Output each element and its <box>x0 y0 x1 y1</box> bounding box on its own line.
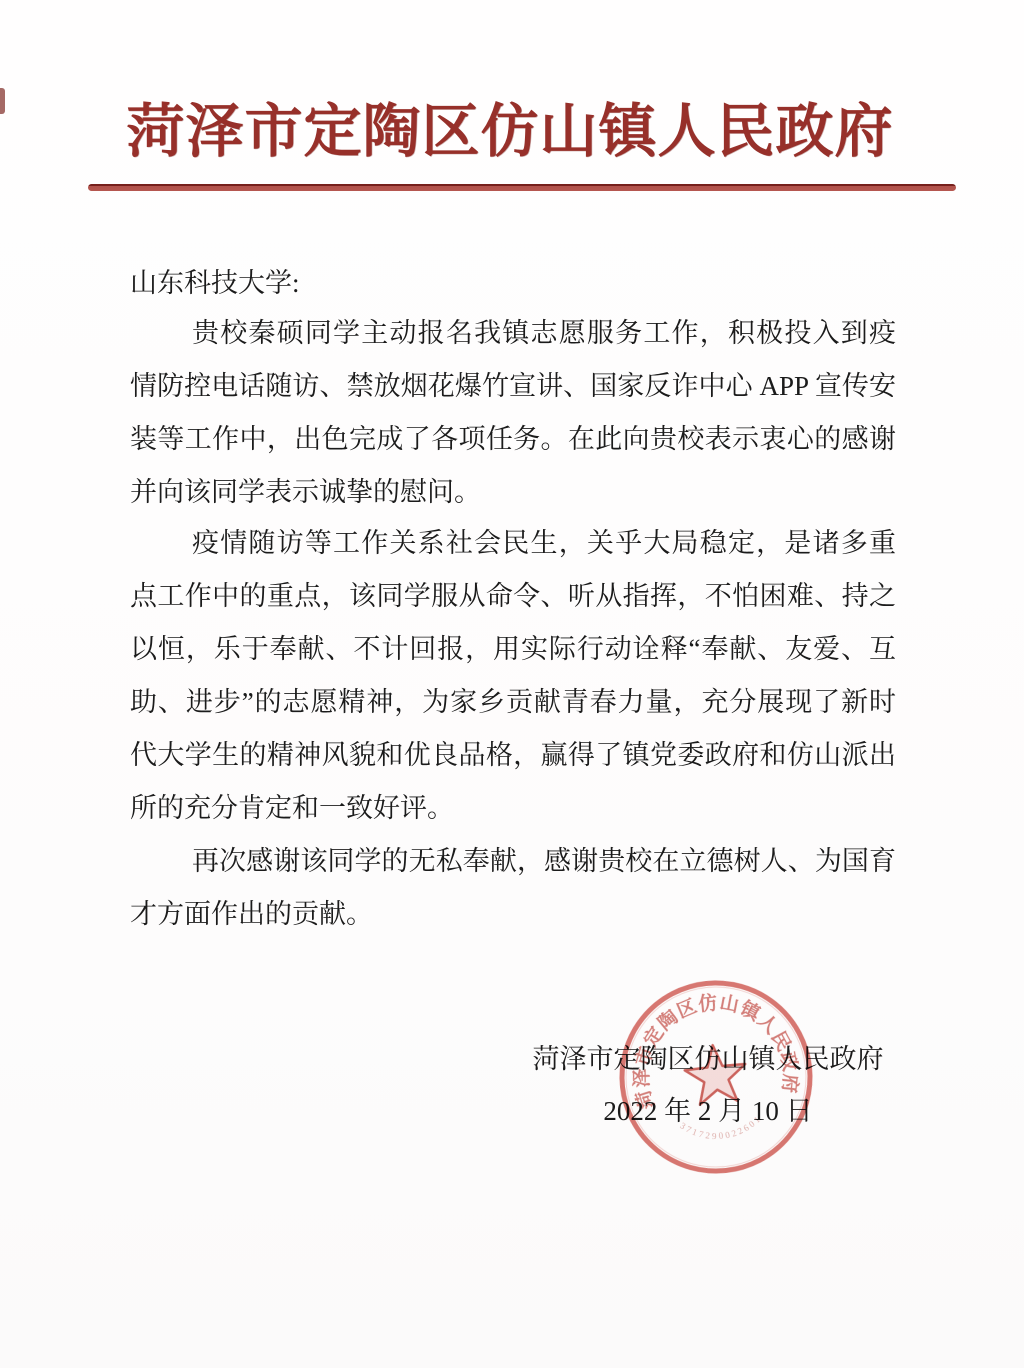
body-line: 才方面作出的贡献。 <box>130 888 896 941</box>
body-line: 所的充分肯定和一致好评。 <box>130 782 896 835</box>
body-line: 疫情随访等工作关系社会民生，关乎大局稳定，是诸多重 <box>130 517 896 570</box>
body-line: 点工作中的重点，该同学服从命令、听从指挥，不怕困难、持之 <box>130 570 896 623</box>
body-line: 并向该同学表示诚挚的慰问。 <box>130 466 896 519</box>
body-line: 装等工作中，出色完成了各项任务。在此向贵校表示衷心的感谢 <box>130 413 896 466</box>
body-line: 以恒，乐于奉献、不计回报，用实际行动诠释“奉献、友爱、互 <box>130 623 896 676</box>
seal-code: 3717290022601 <box>677 1112 765 1145</box>
body-line: 情防控电话随访、禁放烟花爆竹宣讲、国家反诈中心 APP 宣传安 <box>130 360 896 413</box>
letter-page: 菏泽市定陶区仿山镇人民政府 山东科技大学: 贵校秦硕同学主动报名我镇志愿服务工作… <box>0 0 1024 1368</box>
letterhead-title: 菏泽市定陶区仿山镇人民政府 <box>95 96 925 168</box>
body-line: 贵校秦硕同学主动报名我镇志愿服务工作，积极投入到疫 <box>130 307 896 360</box>
official-seal: 菏泽市定陶区仿山镇人民政府 3717290022601 <box>606 962 827 1192</box>
scan-edge-artifact <box>0 88 5 114</box>
body-line: 再次感谢该同学的无私奉献，感谢贵校在立德树人、为国育 <box>130 835 896 888</box>
body-line: 代大学生的精神风貌和优良品格，赢得了镇党委政府和仿山派出 <box>130 729 896 782</box>
paragraph-2: 疫情随访等工作关系社会民生，关乎大局稳定，是诸多重 点工作中的重点，该同学服从命… <box>130 517 896 835</box>
salutation: 山东科技大学: <box>130 257 896 310</box>
letterhead-rule <box>88 184 956 191</box>
paragraph-1: 贵校秦硕同学主动报名我镇志愿服务工作，积极投入到疫 情防控电话随访、禁放烟花爆竹… <box>130 307 896 519</box>
svg-text:3717290022601: 3717290022601 <box>677 1112 765 1145</box>
paragraph-3: 再次感谢该同学的无私奉献，感谢贵校在立德树人、为国育 才方面作出的贡献。 <box>130 835 896 941</box>
seal-star-icon <box>682 1042 749 1106</box>
body-line: 助、进步”的志愿精神，为家乡贡献青春力量，充分展现了新时 <box>130 676 896 729</box>
